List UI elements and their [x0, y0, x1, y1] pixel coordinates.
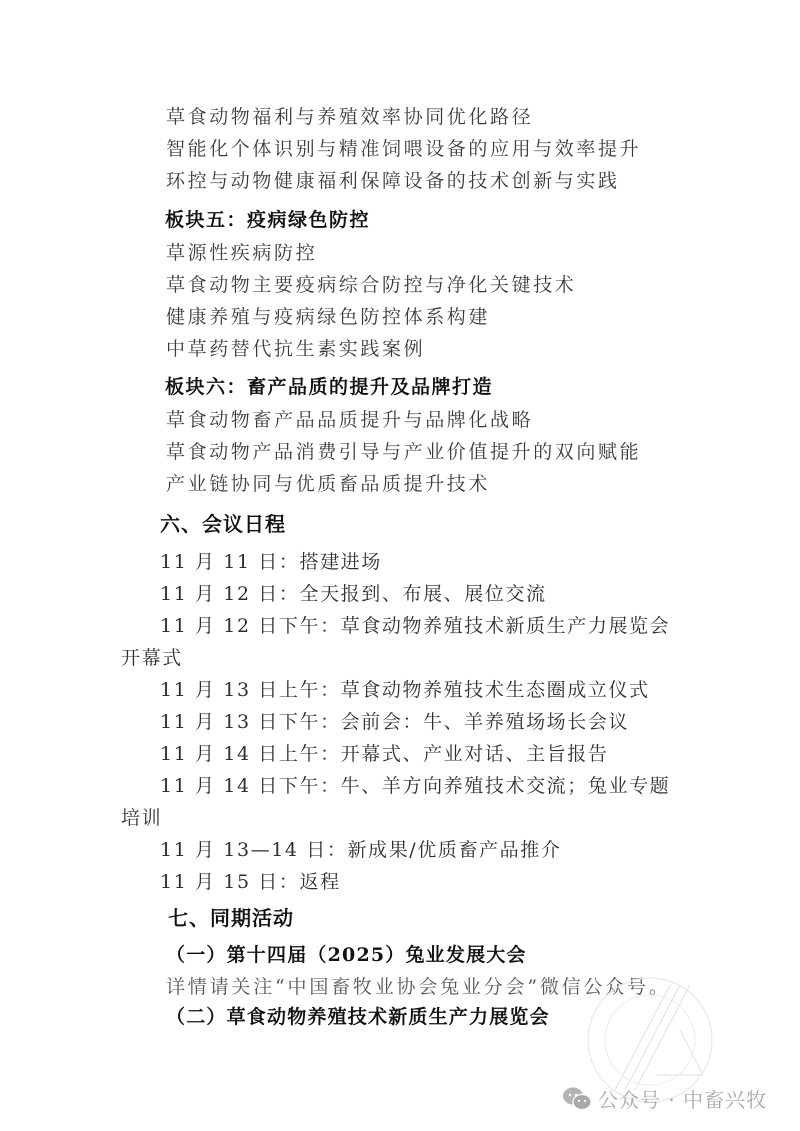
schedule-entry-continued: 培训 [121, 803, 162, 830]
list-item: 产业链协同与优质畜品质提升技术 [166, 469, 490, 496]
list-item: 环控与动物健康福利保障设备的技术创新与实践 [166, 166, 620, 193]
schedule-entry: 11 月 14 日下午：牛、羊方向养殖技术交流；兔业专题 [160, 771, 670, 798]
section-five-title: 板块五：疫病绿色防控 [165, 205, 370, 232]
list-item: 智能化个体识别与精准饲喂设备的应用与效率提升 [166, 134, 641, 161]
section-six-title: 板块六：畜产品质的提升及品牌打造 [165, 372, 493, 399]
list-item: 草食动物畜产品品质提升与品牌化战略 [166, 405, 533, 432]
schedule-entry: 11 月 11 日：搭建进场 [160, 547, 382, 574]
schedule-entry-continued: 开幕式 [121, 643, 183, 670]
watermark-text: 公众号 · 中畜兴牧 [598, 1084, 767, 1113]
list-item: 中草药替代抗生素实践案例 [166, 334, 425, 361]
wechat-icon [562, 1086, 592, 1112]
schedule-entry: 11 月 13 日上午：草食动物养殖技术生态圈成立仪式 [160, 675, 650, 702]
watermark-footer: 公众号 · 中畜兴牧 [562, 1084, 767, 1113]
list-item: 草食动物产品消费引导与产业价值提升的双向赋能 [166, 437, 641, 464]
schedule-entry: 11 月 15 日：返程 [160, 867, 341, 894]
schedule-entry: 11 月 12 日下午：草食动物养殖技术新质生产力展览会 [160, 611, 670, 638]
list-item: 草源性疾病防控 [166, 238, 317, 265]
concurrent-sub-1: （一）第十四届（2025）兔业发展大会 [166, 940, 527, 967]
schedule-heading: 六、会议日程 [160, 508, 286, 537]
list-item: 健康养殖与疫病绿色防控体系构建 [166, 302, 490, 329]
schedule-entry: 11 月 13 日下午：会前会：牛、羊养殖场场长会议 [160, 707, 629, 734]
concurrent-sub-2: （二）草食动物养殖技术新质生产力展览会 [166, 1002, 550, 1029]
list-item: 草食动物主要疫病综合防控与净化关键技术 [166, 270, 576, 297]
concurrent-heading: 七、同期活动 [168, 902, 294, 931]
schedule-entry: 11 月 13—14 日：新成果/优质畜产品推介 [160, 835, 561, 862]
schedule-entry: 11 月 12 日：全天报到、布展、展位交流 [160, 579, 547, 606]
list-item: 草食动物福利与养殖效率协同优化路径 [166, 102, 533, 129]
schedule-entry: 11 月 14 日上午：开幕式、产业对话、主旨报告 [160, 739, 608, 766]
